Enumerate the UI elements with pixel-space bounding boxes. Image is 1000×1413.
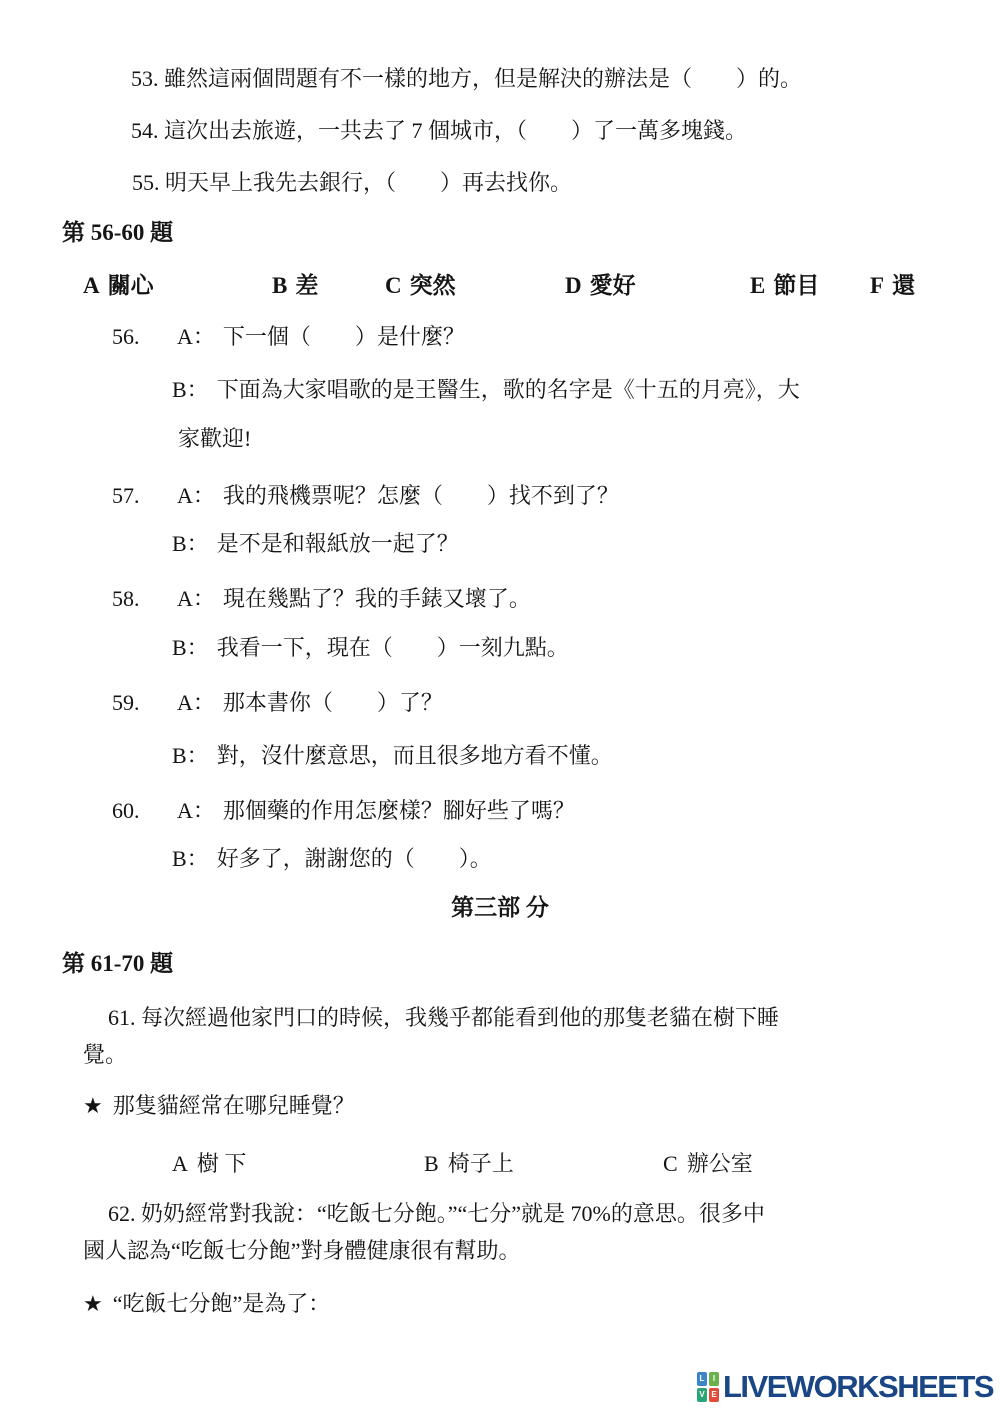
- dialogue-59-b: B：對，沒什麼意思，而且很多地方看不懂。: [172, 741, 613, 771]
- option-letter: E: [750, 273, 765, 298]
- option-letter: A: [83, 273, 100, 298]
- question-text: 明天早上我先去銀行，（ ）再去找你。: [165, 170, 572, 195]
- option-letter: C: [663, 1151, 678, 1176]
- speaker-label: B：: [172, 743, 209, 768]
- question-text: 覺。: [83, 1042, 127, 1067]
- speaker-label: A：: [177, 586, 215, 611]
- question-61-line1: 61.每次經過他家門口的時候，我幾乎都能看到他的那隻老貓在樹下睡: [108, 1003, 779, 1033]
- option-letter: F: [870, 273, 884, 298]
- question-number: 59.: [112, 688, 177, 718]
- word-bank-item-f: F還: [870, 271, 915, 301]
- question-number: 54.: [131, 116, 164, 146]
- speaker-label: A：: [177, 690, 215, 715]
- question-number: 55.: [132, 168, 165, 198]
- question-62-line1: 62.奶奶經常對我說：“吃飯七分飽。”“七分”就是 70%的意思。很多中: [108, 1199, 765, 1229]
- speaker-label: B：: [172, 377, 209, 402]
- liveworksheets-icon: L I V E: [697, 1372, 719, 1402]
- word-bank-item-d: D愛好: [565, 271, 636, 301]
- speaker-label: B：: [172, 531, 209, 556]
- speaker-label: A：: [177, 483, 215, 508]
- star-question-62: ★“吃飯七分飽”是為了：: [83, 1289, 330, 1319]
- option-letter: D: [565, 273, 582, 298]
- word-bank-item-e: E節目: [750, 271, 819, 301]
- dialogue-57-a: 57.A：我的飛機票呢？怎麼（ ）找不到了？: [112, 481, 619, 511]
- worksheet-page: 53.雖然這兩個問題有不一樣的地方，但是解決的辦法是（ ）的。 54.這次出去旅…: [0, 0, 1000, 1413]
- option-word: 關心: [108, 273, 154, 298]
- dialogue-text: 那個藥的作用怎麼樣？腳好些了嗎？: [223, 798, 575, 823]
- dialogue-text: 下面為大家唱歌的是王醫生，歌的名字是《十五的月亮》，大: [217, 377, 800, 402]
- dialogue-text: 我的飛機票呢？怎麼（ ）找不到了？: [223, 483, 619, 508]
- dialogue-59-a: 59.A：那本書你（ ）了？: [112, 688, 443, 718]
- question-number: 58.: [112, 584, 177, 614]
- word-bank-item-b: B差: [272, 271, 318, 301]
- question-text: 每次經過他家門口的時候，我幾乎都能看到他的那隻老貓在樹下睡: [141, 1005, 779, 1030]
- question-text: 這次出去旅遊，一共去了 7 個城市，（ ）了一萬多塊錢。: [164, 118, 747, 143]
- option-text: 樹 下: [197, 1151, 247, 1176]
- word-bank-item-c: C突然: [385, 271, 456, 301]
- question-number: 57.: [112, 481, 177, 511]
- q61-options: A樹 下 B椅子上 C辦公室: [0, 1149, 1000, 1179]
- dialogue-56-a: 56.A：下一個（ ）是什麼？: [112, 322, 465, 352]
- question-number: 61.: [108, 1003, 141, 1033]
- option-word: 突然: [410, 273, 456, 298]
- dialogue-text: 現在幾點了？我的手錶又壞了。: [223, 586, 531, 611]
- question-54: 54.這次出去旅遊，一共去了 7 個城市，（ ）了一萬多塊錢。: [131, 116, 747, 146]
- part3-heading: 第三部 分: [0, 893, 1000, 923]
- dialogue-text: 對，沒什麼意思，而且很多地方看不懂。: [217, 743, 613, 768]
- q61-option-c: C辦公室: [663, 1149, 753, 1179]
- speaker-label: A：: [177, 324, 215, 349]
- dialogue-text: 下一個（ ）是什麼？: [223, 324, 465, 349]
- word-bank-item-a: A關心: [83, 271, 154, 301]
- logo-tile-l: L: [697, 1372, 707, 1386]
- speaker-label: B：: [172, 846, 209, 871]
- option-text: 椅子上: [448, 1151, 514, 1176]
- question-text: 奶奶經常對我說：“吃飯七分飽。”“七分”就是 70%的意思。很多中: [141, 1201, 765, 1226]
- logo-tile-i: I: [709, 1372, 719, 1386]
- question-text: 雖然這兩個問題有不一樣的地方，但是解決的辦法是（ ）的。: [164, 66, 802, 91]
- option-text: 辦公室: [687, 1151, 753, 1176]
- dialogue-58-a: 58.A：現在幾點了？我的手錶又壞了。: [112, 584, 531, 614]
- star-question-61: ★那隻貓經常在哪兒睡覺？: [83, 1091, 355, 1121]
- option-word: 差: [295, 273, 318, 298]
- star-icon: ★: [83, 1091, 103, 1121]
- option-word: 愛好: [590, 273, 636, 298]
- option-letter: B: [424, 1151, 439, 1176]
- dialogue-56-b-continued: 家歡迎!: [178, 424, 251, 454]
- dialogue-60-b: B：好多了，謝謝您的（ ）。: [172, 844, 492, 874]
- q61-option-a: A樹 下: [172, 1149, 246, 1179]
- question-number: 62.: [108, 1199, 141, 1229]
- question-text: 國人認為“吃飯七分飽”對身體健康很有幫助。: [83, 1238, 521, 1263]
- option-letter: A: [172, 1151, 188, 1176]
- star-question-text: “吃飯七分飽”是為了：: [113, 1291, 331, 1316]
- question-number: 56.: [112, 322, 177, 352]
- speaker-label: B：: [172, 635, 209, 660]
- dialogue-58-b: B：我看一下，現在（ ）一刻九點。: [172, 633, 569, 663]
- option-word: 節目: [773, 273, 819, 298]
- option-letter: C: [385, 273, 402, 298]
- dialogue-text: 我看一下，現在（ ）一刻九點。: [217, 635, 569, 660]
- option-word: 還: [892, 273, 915, 298]
- question-62-line2: 國人認為“吃飯七分飽”對身體健康很有幫助。: [83, 1236, 521, 1266]
- star-question-text: 那隻貓經常在哪兒睡覺？: [113, 1093, 355, 1118]
- dialogue-text: 家歡迎!: [178, 426, 251, 451]
- dialogue-56-b: B：下面為大家唱歌的是王醫生，歌的名字是《十五的月亮》，大: [172, 375, 800, 405]
- question-number: 53.: [131, 64, 164, 94]
- section-heading-56-60: 第 56-60 題: [62, 218, 173, 248]
- question-55: 55.明天早上我先去銀行，（ ）再去找你。: [132, 168, 572, 198]
- speaker-label: A：: [177, 798, 215, 823]
- dialogue-text: 是不是和報紙放一起了？: [217, 531, 459, 556]
- logo-tile-e: E: [709, 1388, 719, 1402]
- question-61-line2: 覺。: [83, 1040, 127, 1070]
- dialogue-text: 好多了，謝謝您的（ ）。: [217, 846, 492, 871]
- section-heading-61-70: 第 61-70 題: [62, 949, 173, 979]
- dialogue-text: 那本書你（ ）了？: [223, 690, 443, 715]
- question-number: 60.: [112, 796, 177, 826]
- star-icon: ★: [83, 1289, 103, 1319]
- q61-option-b: B椅子上: [424, 1149, 514, 1179]
- dialogue-57-b: B：是不是和報紙放一起了？: [172, 529, 459, 559]
- question-53: 53.雖然這兩個問題有不一樣的地方，但是解決的辦法是（ ）的。: [131, 64, 802, 94]
- option-letter: B: [272, 273, 287, 298]
- logo-tile-v: V: [697, 1388, 707, 1402]
- liveworksheets-wordmark: LIVEWORKSHEETS: [723, 1371, 993, 1402]
- liveworksheets-logo: L I V E LIVEWORKSHEETS: [697, 1371, 993, 1402]
- dialogue-60-a: 60.A：那個藥的作用怎麼樣？腳好些了嗎？: [112, 796, 575, 826]
- word-bank: A關心 B差 C突然 D愛好 E節目 F還: [0, 271, 1000, 301]
